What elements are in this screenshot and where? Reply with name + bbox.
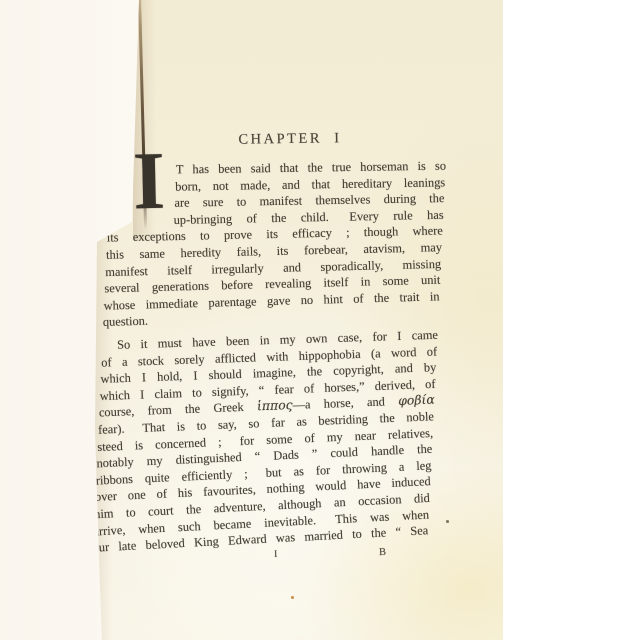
paragraph-1: T has been said that the true horseman i…	[110, 160, 446, 326]
page-number: I	[274, 549, 278, 560]
paragraph-2: So it must have been in my own case, for…	[110, 332, 446, 548]
greek-word: φοβία	[398, 392, 435, 408]
chapter-heading: CHAPTER I	[120, 129, 460, 151]
paper-speck	[291, 596, 294, 599]
book-photo: CHAPTER I I T has been said that the tru…	[0, 0, 640, 640]
greek-word: ἱππος	[257, 397, 293, 413]
signature-mark: B	[379, 547, 386, 558]
ink-speck	[446, 520, 449, 523]
